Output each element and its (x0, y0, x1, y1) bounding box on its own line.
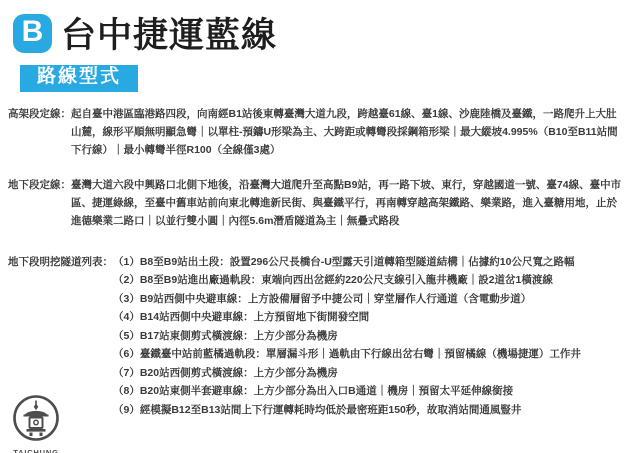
item-text: 經模擬B12至B13站間上下行運轉耗時均低於最密班距150秒，故取消站間通風豎井 (140, 404, 626, 417)
list-item: （8） B20站東側半套避車線：上方少部分為出入口B通道｜機房｜預留太平延伸線銜… (113, 385, 626, 398)
list-item: （1） B8至B9站出土段：設置296公尺長橋台-U型露天引道轉箱型隧道結構｜佔… (113, 256, 626, 269)
item-number: （7） (113, 367, 140, 380)
list-item: （9） 經模擬B12至B13站間上下行運轉耗時均低於最密班距150秒，故取消站間… (113, 404, 626, 417)
list-item: （7） B20站西側剪式橫渡線：上方少部分為機房 (113, 367, 626, 380)
paragraph-text: 起自臺中港區臨港路四段，向南經B1站後東轉臺灣大道九段，跨越臺61線、臺1線、沙… (71, 105, 626, 159)
item-text: 臺鐵臺中站前藍橘過軌段：單層漏斗形｜過軌由下行線出岔右彎｜預留橘線（機場捷運）工… (140, 348, 626, 361)
tunnel-list-items: （1） B8至B9站出土段：設置296公尺長橋台-U型露天引道轉箱型隧道結構｜佔… (113, 256, 626, 423)
item-text: B20站西側剪式橫渡線：上方少部分為機房 (140, 367, 626, 380)
pagoda-icon (10, 429, 62, 446)
page-title: 台中捷運藍線 (61, 8, 277, 58)
list-item: （2） B8至B9站進出廠過軌段：東端向西出岔經約220公尺支線引入龍井機廠｜設… (113, 274, 626, 287)
paragraph-underground-alignment: 地下段定線： 臺灣大道六段中興路口北側下地後，沿臺灣大道爬升至高點B9站，再一路… (8, 176, 626, 230)
item-text: B14站西側中央避車線：上方預留地下街開發空間 (140, 311, 626, 324)
item-number: （3） (113, 293, 140, 306)
item-number: （8） (113, 385, 140, 398)
item-text: B20站東側半套避車線：上方少部分為出入口B通道｜機房｜預留太平延伸線銜接 (140, 385, 626, 398)
blue-line-badge: B (13, 14, 52, 53)
item-number: （9） (113, 404, 140, 417)
logo-text: TAICHUNG (8, 448, 64, 453)
item-number: （1） (113, 256, 140, 269)
item-number: （6） (113, 348, 140, 361)
item-number: （5） (113, 330, 140, 343)
item-number: （2） (113, 274, 140, 287)
item-text: B8至B9站進出廠過軌段：東端向西出岔經約220公尺支線引入龍井機廠｜設2道岔1… (140, 274, 626, 287)
paragraph-label: 地下段定線： (8, 176, 71, 230)
page-header: B 台中捷運藍線 (0, 0, 640, 58)
list-item: （4） B14站西側中央避車線：上方預留地下街開發空間 (113, 311, 626, 324)
item-number: （4） (113, 311, 140, 324)
paragraph-text: 臺灣大道六段中興路口北側下地後，沿臺灣大道爬升至高點B9站，再一路下坡、東行，穿… (71, 176, 626, 230)
list-item: （5） B17站東側剪式橫渡線：上方少部分為機房 (113, 330, 626, 343)
tunnel-list: 地下段明挖隧道列表： （1） B8至B9站出土段：設置296公尺長橋台-U型露天… (8, 256, 626, 423)
paragraph-elevated-alignment: 高架段定線： 起自臺中港區臨港路四段，向南經B1站後東轉臺灣大道九段，跨越臺61… (8, 105, 626, 159)
list-item: （3） B9站西側中央避車線：上方設備層留予中捷公司｜穿堂層作人行通道（含電動步… (113, 293, 626, 306)
list-item: （6） 臺鐵臺中站前藍橘過軌段：單層漏斗形｜過軌由下行線出岔右彎｜預留橘線（機場… (113, 348, 626, 361)
item-text: B8至B9站出土段：設置296公尺長橋台-U型露天引道轉箱型隧道結構｜佔據約10… (140, 256, 626, 269)
item-text: B17站東側剪式橫渡線：上方少部分為機房 (140, 330, 626, 343)
taichung-logo: TAICHUNG (8, 394, 64, 453)
item-text: B9站西側中央避車線：上方設備層留予中捷公司｜穿堂層作人行通道（含電動步道） (140, 293, 626, 306)
section-banner: 路線型式 (20, 65, 138, 92)
paragraph-label: 高架段定線： (8, 105, 71, 159)
